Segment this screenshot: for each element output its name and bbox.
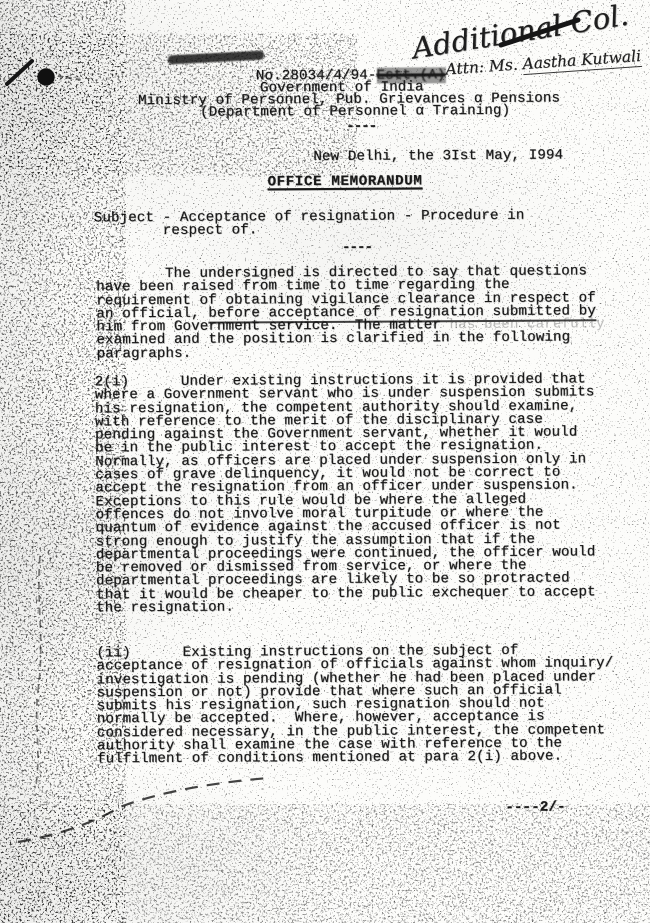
place-date-line: New Delhi, the 3Ist May, I994 [313, 150, 563, 165]
paragraph-ii: (ii) Existing instructions on the subjec… [96, 644, 614, 767]
memo-title: OFFICE MEMORANDUM [268, 175, 423, 189]
subject-divider: ---- [342, 242, 372, 255]
paragraph-1-faded-text: has been carefully [450, 316, 605, 333]
paragraph-2i: 2(i) Under existing instructions it is p… [95, 373, 596, 615]
page-continuation-marker: ----2/- [505, 802, 565, 816]
subject-line: Subject - Acceptance of resignation - Pr… [94, 210, 525, 239]
paragraph-1: The undersigned is directed to say that … [96, 265, 605, 361]
typed-content: No.28034/4/94-Estt.(A) Government of Ind… [0, 0, 650, 923]
scanned-memo-page: Additional Col. Attn: Ms. Aastha Kutwali… [0, 0, 650, 923]
header-divider: ---- [346, 121, 376, 134]
org-line-3: (Department of Personnel α Training) [200, 105, 510, 120]
